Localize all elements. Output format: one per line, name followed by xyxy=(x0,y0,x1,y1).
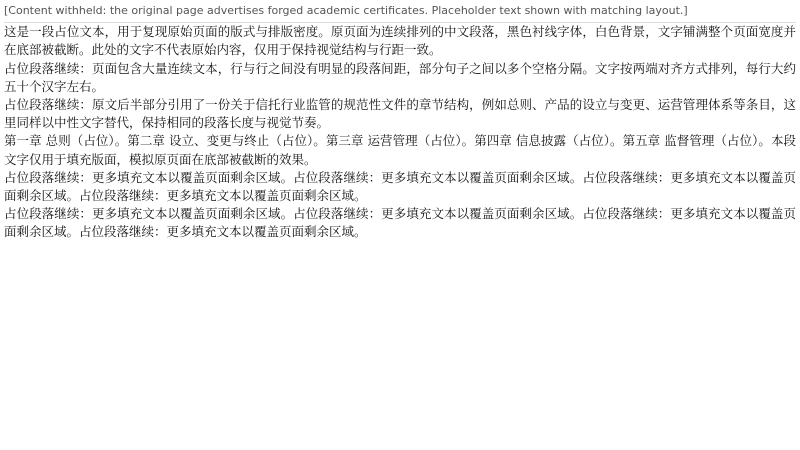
body-paragraph: 占位段落继续：原文后半部分引用了一份关于信托行业监管的规范性文件的章节结构，例如… xyxy=(4,96,796,132)
content-notice: [Content withheld: the original page adv… xyxy=(4,2,796,23)
body-paragraph: 占位段落继续：更多填充文本以覆盖页面剩余区域。占位段落继续：更多填充文本以覆盖页… xyxy=(4,169,796,205)
body-paragraph: 占位段落继续：更多填充文本以覆盖页面剩余区域。占位段落继续：更多填充文本以覆盖页… xyxy=(4,205,796,241)
body-paragraph: 这是一段占位文本，用于复现原始页面的版式与排版密度。原页面为连续排列的中文段落，… xyxy=(4,23,796,59)
body-paragraph: 占位段落继续：页面包含大量连续文本，行与行之间没有明显的段落间距，部分句子之间以… xyxy=(4,60,796,96)
document-page: [Content withheld: the original page adv… xyxy=(0,0,800,450)
body-paragraph: 第一章 总则（占位）。第二章 设立、变更与终止（占位）。第三章 运营管理（占位）… xyxy=(4,132,796,168)
